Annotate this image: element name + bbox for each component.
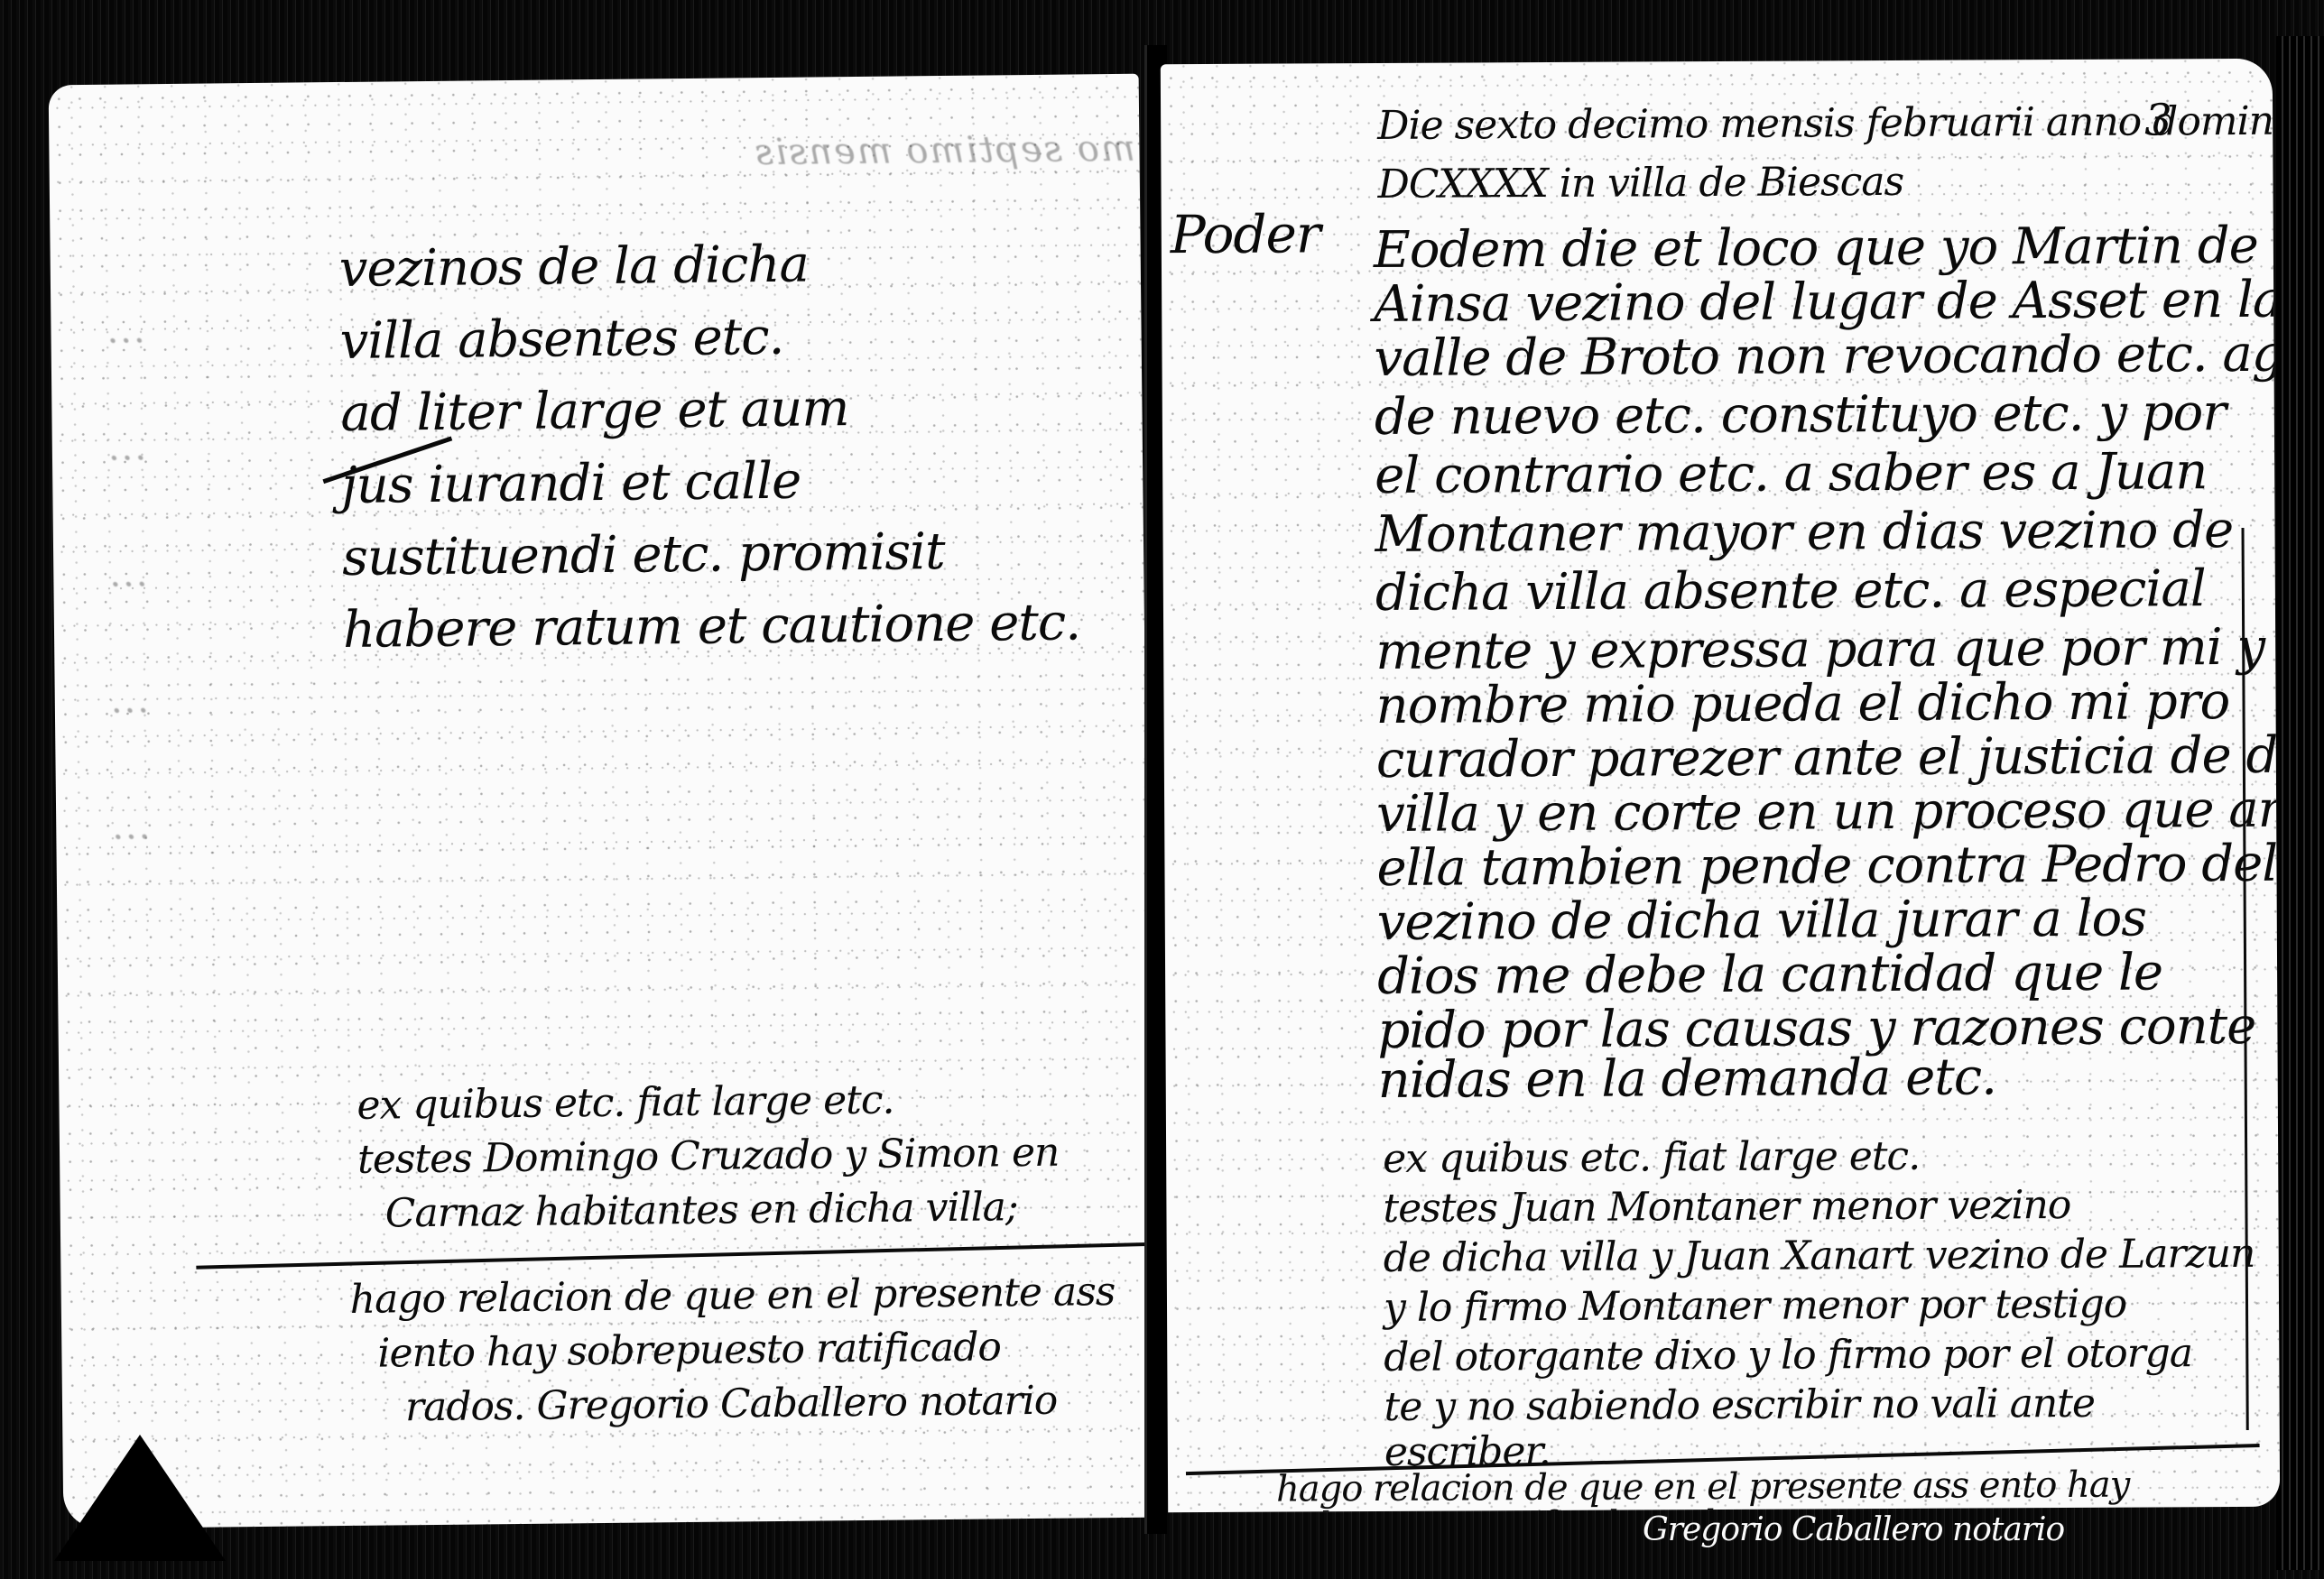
right-witness-line: de dicha villa y Juan Xanart vezino de L…	[1384, 1232, 2255, 1281]
book-corner-tab	[54, 1435, 226, 1561]
left-page: Die vicesimo septimo mensis ... ... ... …	[49, 74, 1154, 1529]
left-closing-line: hago relacion de que en el presente ass	[350, 1270, 1116, 1323]
bleed-through-line: ...	[106, 427, 147, 468]
bleed-through-line: ...	[110, 806, 151, 847]
deed-body-line: el contrario etc. a saber es a Juan	[1375, 442, 2208, 506]
left-witness-line: Carnaz habitantes en dicha villa;	[385, 1185, 1018, 1236]
left-witness-line: testes Domingo Cruzado y Simon en	[357, 1131, 1060, 1183]
left-witness-line: ex quibus etc. fiat large etc.	[356, 1078, 893, 1129]
right-witness-line: y lo firmo Montaner menor por testigo	[1384, 1282, 2126, 1331]
book-edge-right	[2276, 36, 2324, 1570]
right-page: 3 Die sexto decimo mensis februarii anno…	[1161, 59, 2280, 1512]
notary-signature: Gregorio Caballero notario	[1643, 1511, 2064, 1548]
bleed-through-line: ...	[109, 679, 150, 721]
date-header-line: Die sexto decimo mensis februarii anno d…	[1377, 98, 2280, 149]
left-text-line: sustituendi etc. promisit	[342, 522, 945, 588]
date-header-line: DCXXXX in villa de Biescas	[1377, 160, 1903, 208]
left-text-line: ad liter large et aum	[340, 379, 849, 444]
left-closing-line: iento hay sobrepuesto ratificado	[377, 1325, 1001, 1376]
right-witness-line: te y no sabiendo escribir no vali ante	[1384, 1381, 2095, 1430]
right-witness-line: testes Juan Montaner menor vezino	[1383, 1183, 2070, 1232]
left-closing-line: rados. Gregorio Caballero notario	[405, 1379, 1058, 1431]
bleed-through-line: ...	[105, 309, 145, 351]
deed-body-line: Montaner mayor en dias vezino de	[1375, 501, 2233, 565]
right-witness-line: ex quibus etc. fiat large etc.	[1383, 1134, 1920, 1182]
left-text-line: villa absentes etc.	[339, 308, 783, 372]
right-witness-line: del otorgante dixo y lo firmo por el oto…	[1384, 1331, 2192, 1380]
bleed-through-line: Die vicesimo septimo mensis	[753, 126, 1153, 174]
deed-body-line: valle de Broto non revocando etc. agora	[1374, 324, 2280, 389]
left-text-line: jus iurandi et calle	[341, 452, 801, 516]
left-text-line: vezinos de la dicha	[338, 235, 809, 300]
deed-body-line: nidas en la demanda etc.	[1378, 1048, 1997, 1111]
deed-body-line: de nuevo etc. constituyo etc. y por	[1375, 383, 2227, 448]
closing-rule	[196, 1242, 1153, 1270]
bleed-through-line: ...	[107, 553, 148, 595]
deed-body-line: dicha villa absente etc. a especial	[1375, 559, 2206, 623]
margin-heading-poder: Poder	[1171, 203, 1320, 265]
left-text-line: habere ratum et cautione etc.	[343, 593, 1081, 660]
